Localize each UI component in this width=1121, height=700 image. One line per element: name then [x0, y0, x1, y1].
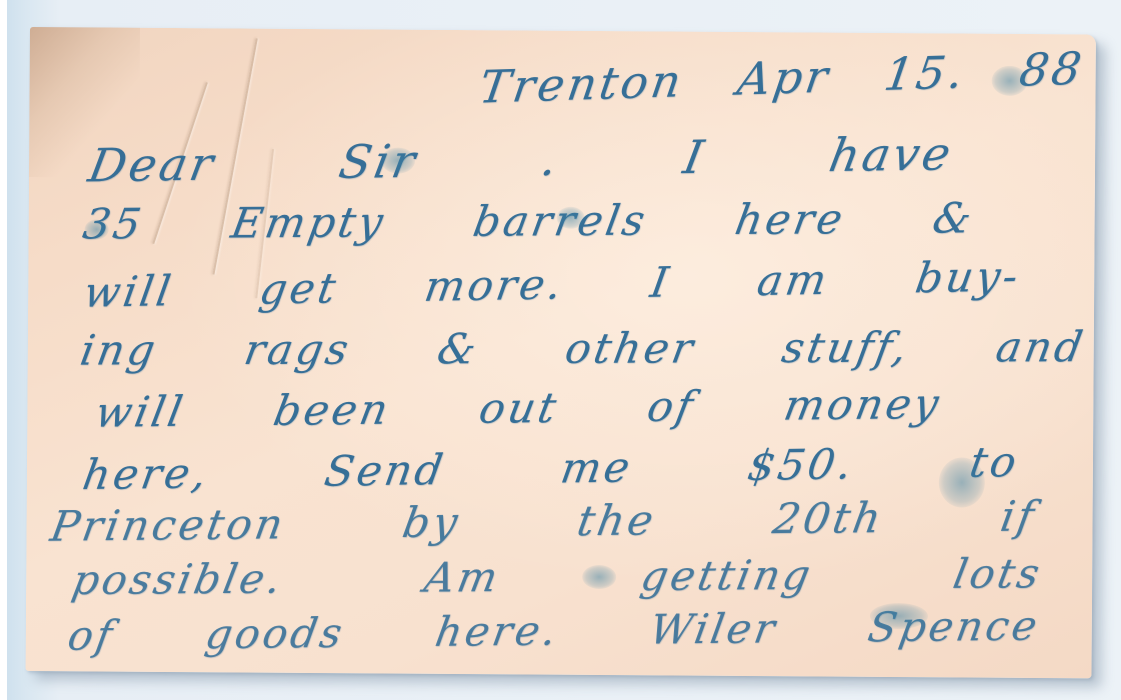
handwriting-line: possible. Am getting lots [68, 546, 1047, 608]
scan-background: Trenton Apr 15. 88 Dear Sir . I have 35 … [0, 0, 1121, 700]
handwriting-line: 35 Empty barrels here & [79, 190, 979, 253]
handwriting-line: will been out of money [91, 376, 946, 441]
handwriting-line: ing rags & other stuff, and [76, 319, 1090, 379]
handwriting-line: Princeton by the 20th if [46, 489, 1040, 556]
postcard: Trenton Apr 15. 88 Dear Sir . I have 35 … [26, 27, 1096, 678]
handwriting-line-date: Trenton Apr 15. 88 [475, 39, 1088, 118]
handwriting-line-signature: of goods here. Wiler Spence [64, 599, 1044, 664]
handwriting-line: will get more. I am buy- [80, 249, 1025, 322]
handwriting-line-salutation: Dear Sir . I have [84, 122, 959, 196]
